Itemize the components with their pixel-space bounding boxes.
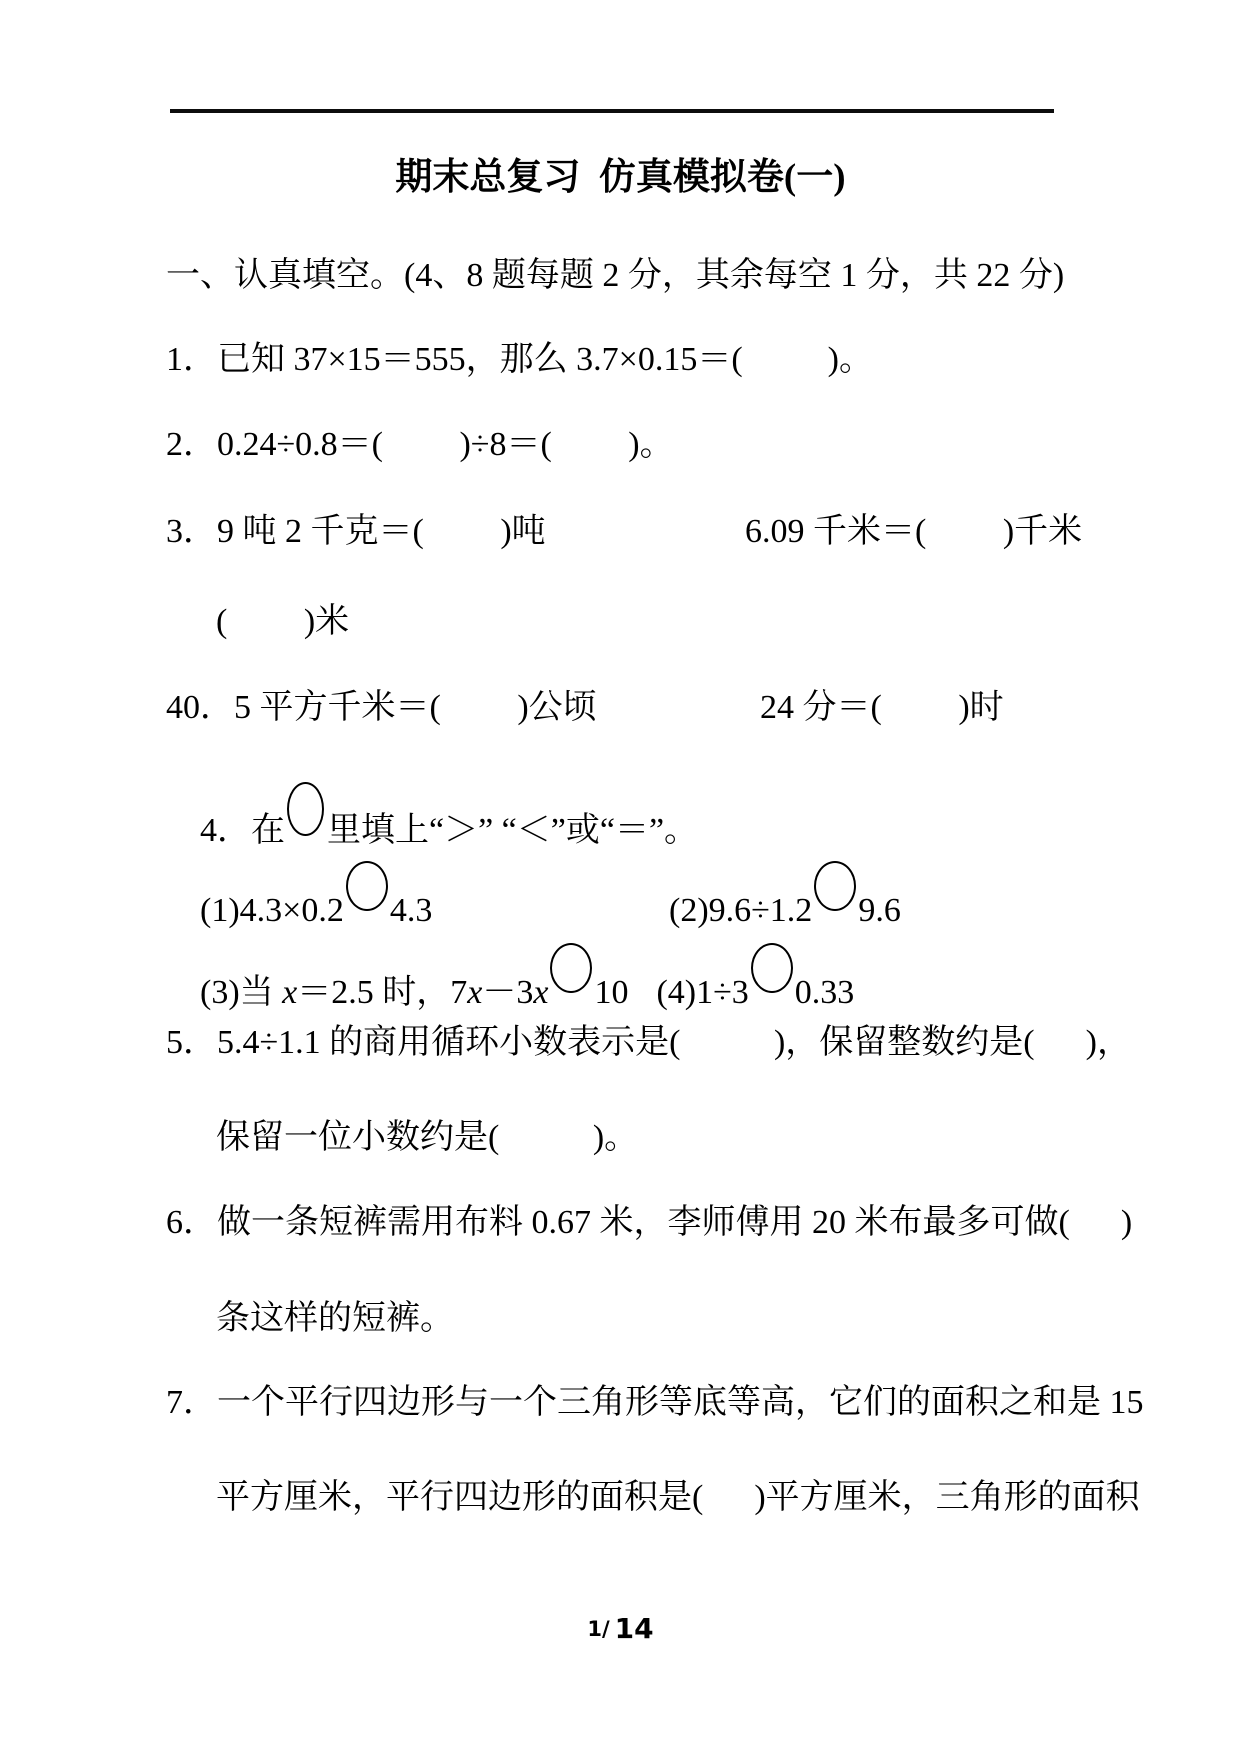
question-4-part2-post: 9.6 xyxy=(858,892,901,929)
question-6-line1: 6．做一条短裤需用布料 0.67 米，李师傅用 20 米布最多可做( ) xyxy=(166,1203,1132,1243)
question-3-right: 6.09 千米＝( )千米 xyxy=(745,512,1082,552)
question-4-part3-seg1: (3)当 xyxy=(200,974,282,1011)
top-rule xyxy=(170,109,1054,113)
question-4-part1-pre: (1)4.3×0.2 xyxy=(200,892,344,929)
variable-x: x xyxy=(467,974,482,1011)
question-3-left: 3．9 吨 2 千克＝( )吨 xyxy=(166,512,546,552)
question-4-part2-pre: (2)9.6÷1.2 xyxy=(669,892,812,929)
question-4-part3-seg4: 10 xyxy=(594,974,628,1011)
question-4-part4-pre: (4)1÷3 xyxy=(656,974,748,1011)
page-number-total: 14 xyxy=(615,1612,654,1645)
question-3-continuation: ( )米 xyxy=(216,602,349,642)
page-footer: 1/14 xyxy=(0,1612,1241,1645)
question-1: 1．已知 37×15＝555，那么 3.7×0.15＝( )。 xyxy=(166,340,873,380)
page-number-current: 1/ xyxy=(587,1617,609,1641)
variable-x: x xyxy=(282,974,297,1011)
question-3-row2-left: 40．5 平方千米＝( )公顷 xyxy=(166,688,597,728)
question-3-row2-right: 24 分＝( )时 xyxy=(760,688,1004,728)
question-2: 2．0.24÷0.8＝( )÷8＝( )。 xyxy=(166,425,674,465)
question-7-line2: 平方厘米，平行四边形的面积是( )平方厘米，三角形的面积 xyxy=(216,1478,1140,1518)
blank-circle xyxy=(285,839,327,841)
exam-paper-page: 期末总复习 仿真模拟卷(一) 一、认真填空。(4、8 题每题 2 分，其余每空 … xyxy=(0,0,1241,1754)
comparison-circle xyxy=(344,919,390,921)
question-4-intro-pre: 4．在 xyxy=(200,812,285,849)
question-5-line2: 保留一位小数约是( )。 xyxy=(216,1118,638,1158)
question-4-part3-seg3: －3 xyxy=(482,974,533,1011)
question-4-part1-post: 4.3 xyxy=(390,892,433,929)
question-4-intro-post: 里填上“＞” “＜”或“＝”。 xyxy=(327,812,698,849)
variable-x: x xyxy=(533,974,548,1011)
comparison-circle xyxy=(548,1001,594,1003)
page-title: 期末总复习 仿真模拟卷(一) xyxy=(0,146,1241,200)
question-5-line1: 5．5.4÷1.1 的商用循环小数表示是( )，保留整数约是( )， xyxy=(166,1023,1131,1063)
question-7-line1: 7．一个平行四边形与一个三角形等底等高，它们的面积之和是 15 xyxy=(166,1383,1144,1423)
question-6-line2: 条这样的短裤。 xyxy=(216,1299,454,1339)
question-4-part4-post: 0.33 xyxy=(795,974,855,1011)
comparison-circle xyxy=(812,919,858,921)
comparison-circle xyxy=(749,1001,795,1003)
question-4-part3-seg2: ＝2.5 时，7 xyxy=(297,974,467,1011)
section-heading: 一、认真填空。(4、8 题每题 2 分，其余每空 1 分，共 22 分) xyxy=(166,256,1064,296)
